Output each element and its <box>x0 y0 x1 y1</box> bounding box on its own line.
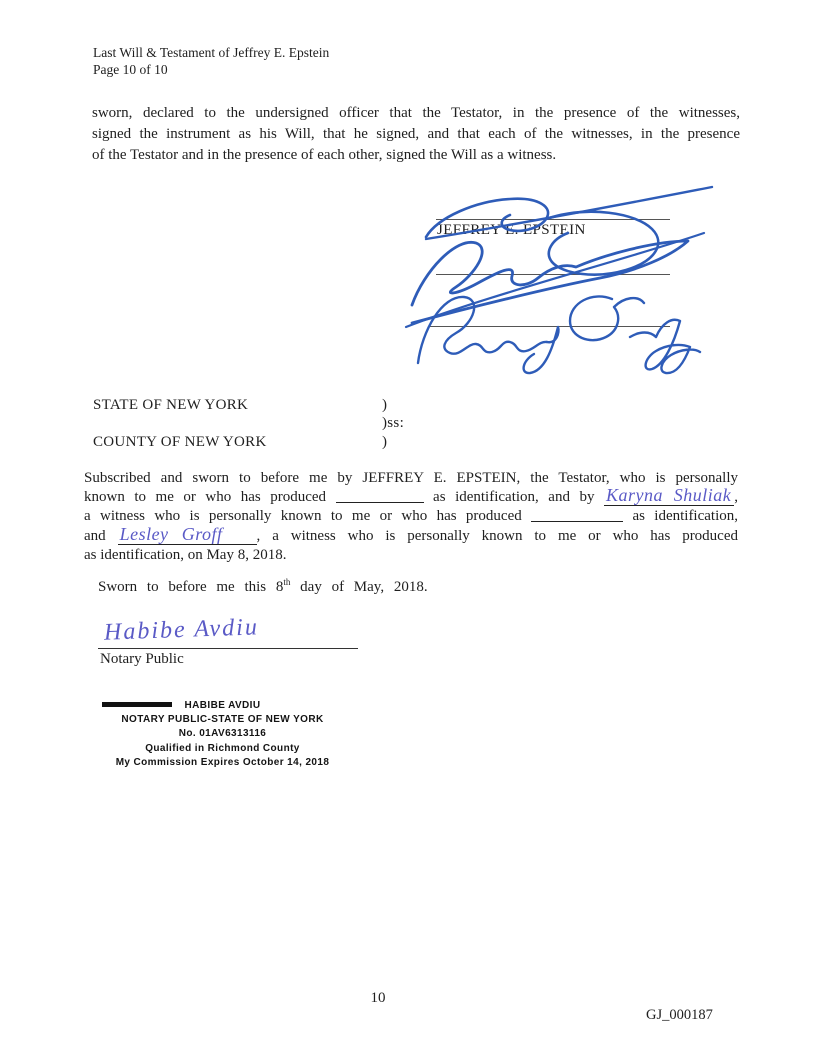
blank-line <box>531 509 623 522</box>
text-line: sworn, declared to the undersigned offic… <box>92 103 740 124</box>
text-line: and Lesley Groff, a witness who is perso… <box>84 527 738 546</box>
text-line: signed the instrument as his Will, that … <box>92 124 740 145</box>
venue-state-paren: ) <box>382 397 387 414</box>
header-title: Last Will & Testament of Jeffrey E. Epst… <box>93 45 329 62</box>
document-header: Last Will & Testament of Jeffrey E. Epst… <box>93 45 329 78</box>
notary-signature-ink: Habibe Avdiu <box>104 614 260 646</box>
venue-state-label: STATE OF NEW YORK <box>93 397 248 414</box>
epstein-signature-ink <box>406 187 712 327</box>
venue-county-paren: ) <box>382 434 387 451</box>
handwritten-name: Lesley Groff <box>118 524 257 545</box>
text-segment: a witness who is personally known to me … <box>84 508 531 524</box>
text-segment: , a witness who is personally known to m… <box>257 528 738 544</box>
handwritten-name: Karyna Shuliak <box>604 485 734 506</box>
document-page: Last Will & Testament of Jeffrey E. Epst… <box>0 0 816 1056</box>
testator-name-label: JEFFREY E. EPSTEIN <box>437 222 586 239</box>
text-segment: as identification, and by <box>424 489 604 505</box>
text-segment: as identification, <box>623 508 738 524</box>
witness-signature-line-2 <box>430 326 670 327</box>
testator-signature-line <box>436 219 670 220</box>
stamp-line: Qualified in Richmond County <box>100 742 345 756</box>
venue-county-label: COUNTY OF NEW YORK <box>93 434 267 451</box>
page-number: 10 <box>358 990 398 1007</box>
sworn-clause: Sworn to before me this 8th day of May, … <box>98 579 428 596</box>
signature-ink-overlay <box>398 175 718 375</box>
text-segment: of the Testator and in the presence of e… <box>92 147 556 163</box>
text-segment: sworn, declared to the undersigned offic… <box>92 105 740 121</box>
stamp-bar <box>102 702 172 707</box>
stamp-line: My Commission Expires October 14, 2018 <box>100 756 345 770</box>
text-line: of the Testator and in the presence of e… <box>92 145 740 166</box>
header-page-label: Page 10 of 10 <box>93 62 329 79</box>
venue-ss-label: )ss: <box>382 415 404 432</box>
text-segment: , <box>734 489 738 505</box>
text-segment: as identification, on May 8, 2018. <box>84 547 286 563</box>
stamp-lines: HABIBE AVDIUNOTARY PUBLIC-STATE OF NEW Y… <box>100 699 345 770</box>
notary-public-label: Notary Public <box>100 651 184 668</box>
notary-signature-line <box>98 648 358 649</box>
text-segment: known to me or who has produced <box>84 489 336 505</box>
text-segment: and <box>84 528 118 544</box>
text-segment: signed the instrument as his Will, that … <box>92 126 740 142</box>
notary-stamp: HABIBE AVDIUNOTARY PUBLIC-STATE OF NEW Y… <box>100 699 345 770</box>
text-line: as identification, on May 8, 2018. <box>84 546 738 565</box>
groff-signature-ink <box>418 296 700 373</box>
stamp-line: No. 01AV6313116 <box>100 727 345 741</box>
stamp-line: NOTARY PUBLIC-STATE OF NEW YORK <box>100 713 345 727</box>
intro-paragraph: sworn, declared to the undersigned offic… <box>92 103 740 166</box>
text-line: Sworn to before me this 8th day of May, … <box>98 579 428 596</box>
text-segment: Subscribed and sworn to before me by JEF… <box>84 470 738 486</box>
bates-number: GJ_000187 <box>646 1007 713 1024</box>
blank-line <box>336 490 424 503</box>
witness-signature-line-1 <box>436 274 670 275</box>
text-segment: Sworn to before me this 8 <box>98 579 283 595</box>
text-segment: day of May, 2018. <box>290 579 427 595</box>
text-line: known to me or who has produced as ident… <box>84 488 738 507</box>
attestation-paragraph: Subscribed and sworn to before me by JEF… <box>84 469 738 565</box>
